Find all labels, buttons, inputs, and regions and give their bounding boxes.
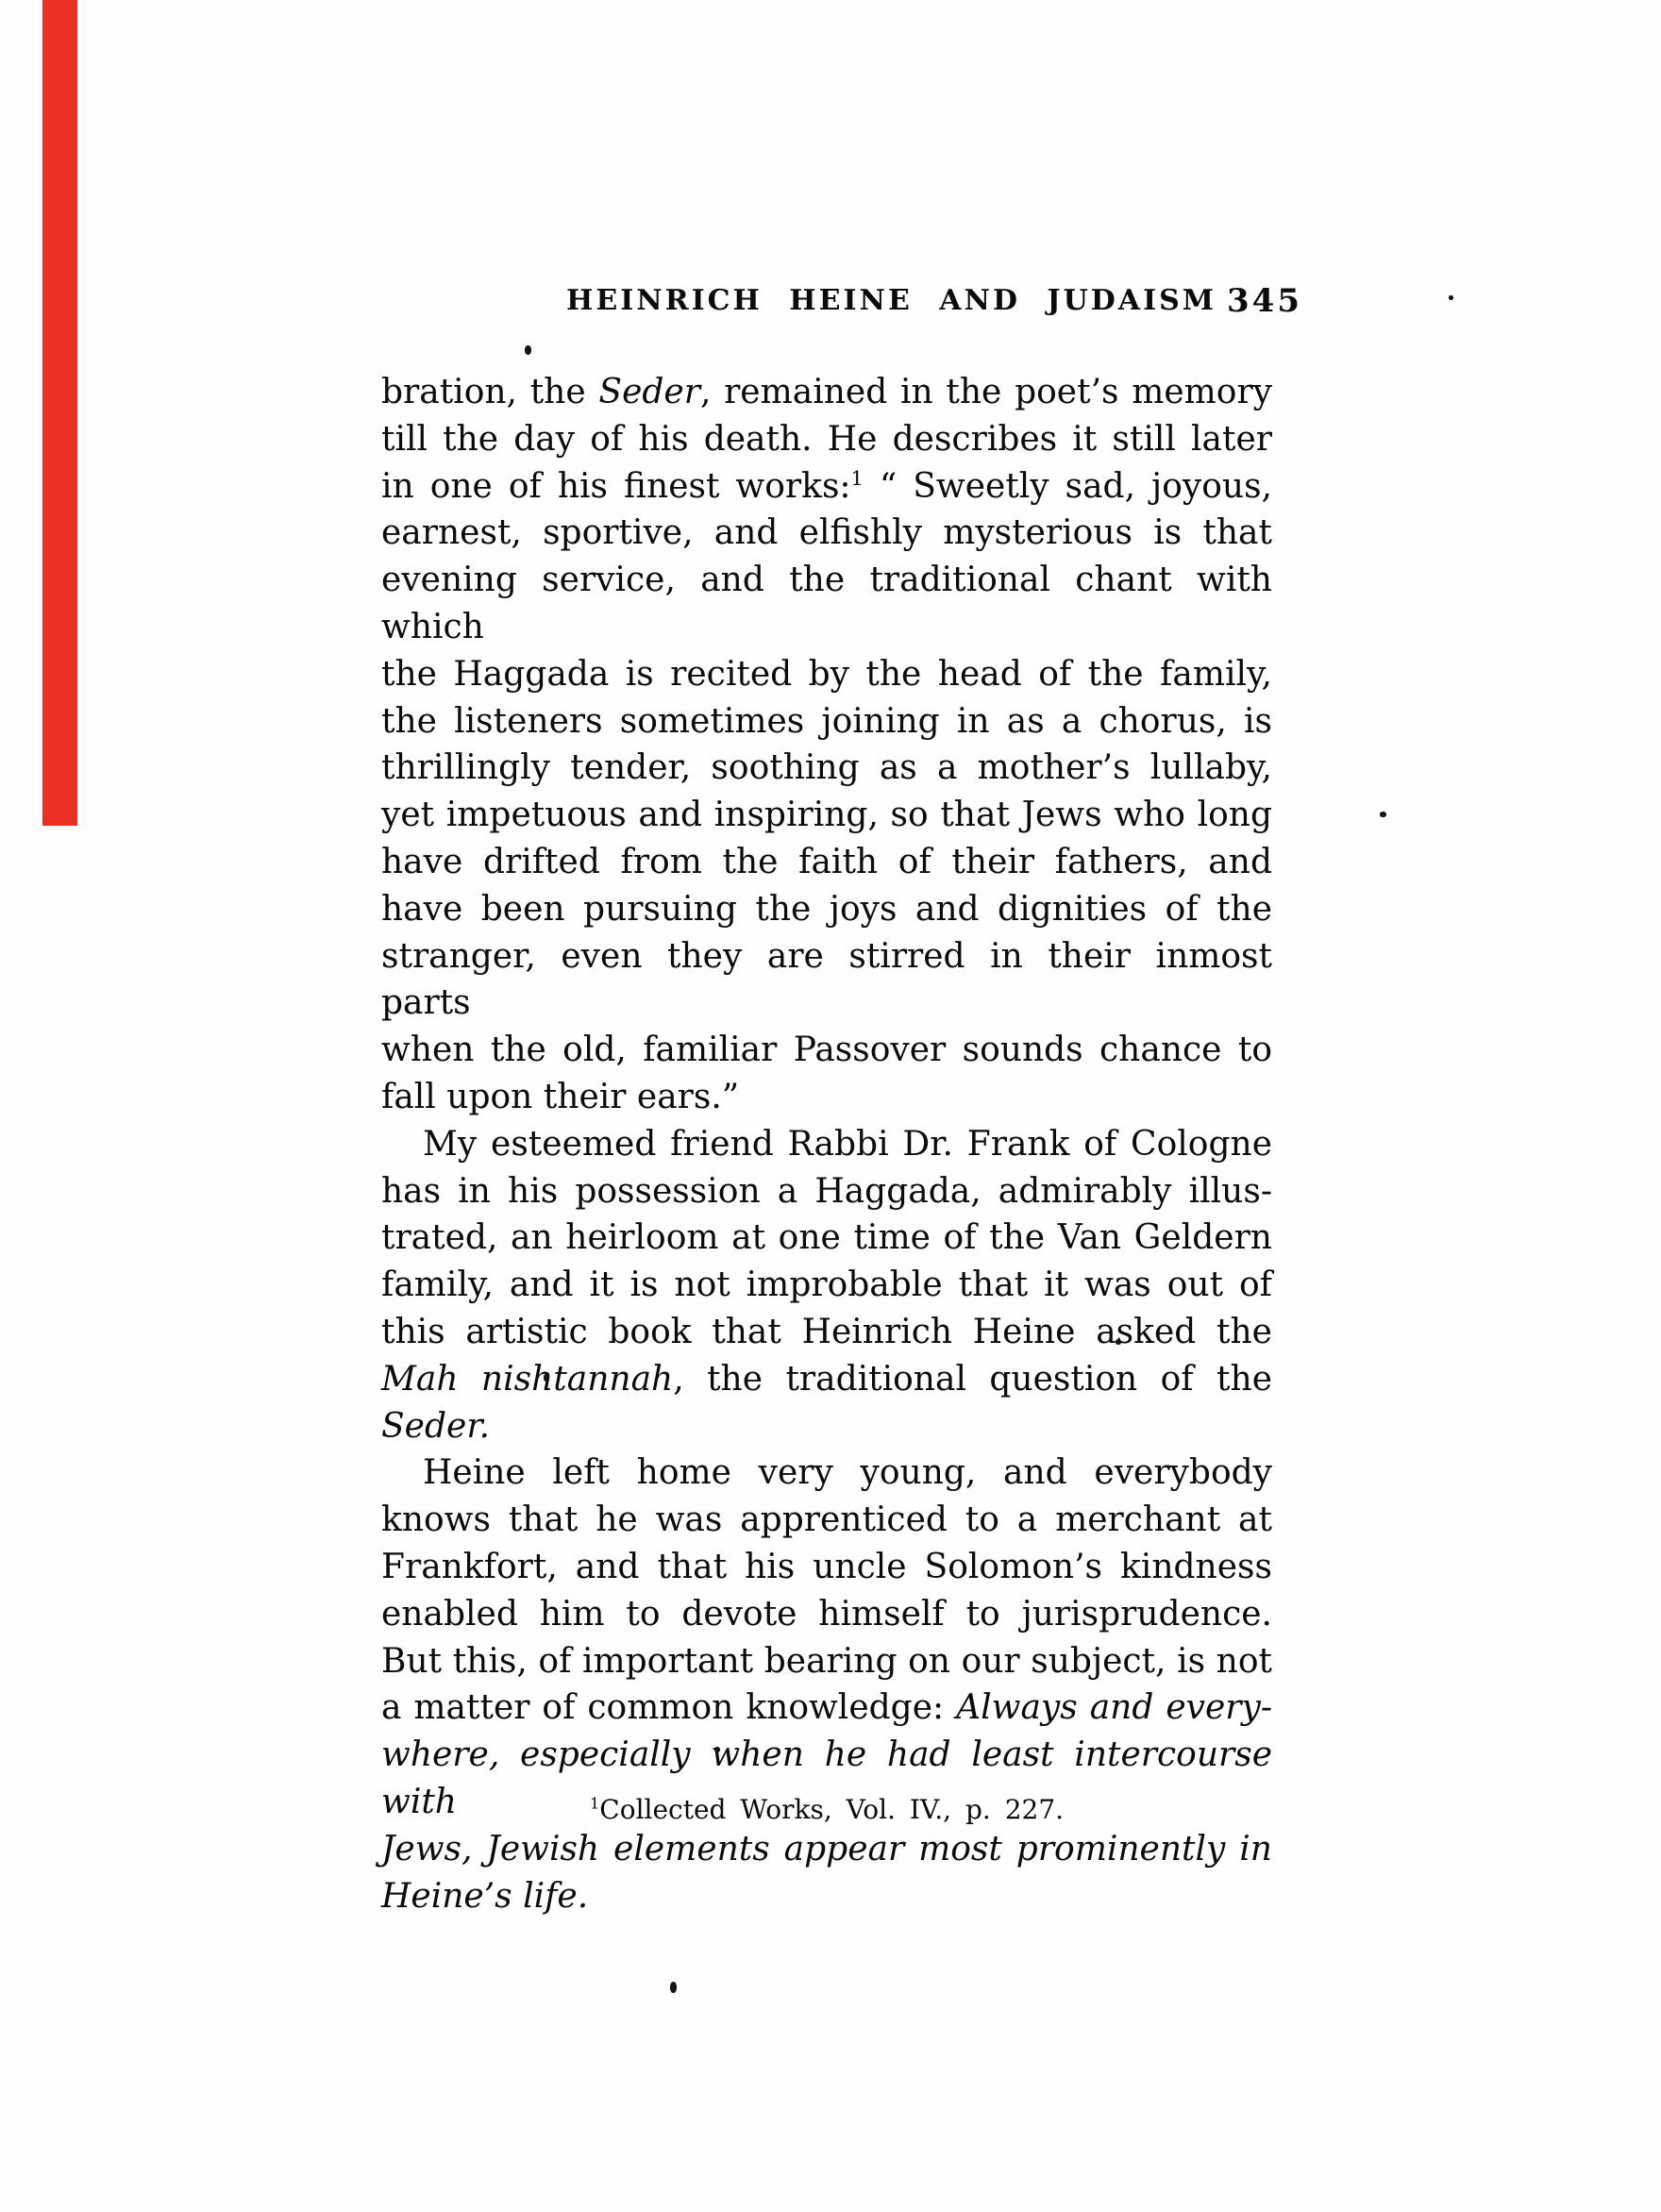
text-line: Heine’s life. (381, 1873, 1272, 1920)
text-line: My esteemed friend Rabbi Dr. Frank of Co… (381, 1121, 1272, 1168)
text-line: Seder. (381, 1403, 1272, 1450)
scan-speck (544, 1374, 548, 1382)
scan-speck (670, 1982, 677, 1993)
text-line: when the old, familiar Passover sounds c… (381, 1027, 1272, 1074)
text-line: stranger, even they are stirred in their… (381, 933, 1272, 1028)
footnote-marker: 1 (590, 1795, 599, 1813)
text-line: in one of his finest works:1 “ Sweetly s… (381, 463, 1272, 511)
text-line: Frankfort, and that his uncle Solomon’s … (381, 1544, 1272, 1591)
text-line: has in his possession a Haggada, admirab… (381, 1168, 1272, 1215)
book-page: HEINRICH HEINE AND JUDAISM 345 bration, … (0, 0, 1661, 2212)
running-header: HEINRICH HEINE AND JUDAISM 345 (381, 282, 1302, 324)
text-line: evening service, and the traditional cha… (381, 557, 1272, 651)
text-line: the Haggada is recited by the head of th… (381, 651, 1272, 698)
text-line: this artistic book that Heinrich Heine a… (381, 1309, 1272, 1356)
running-header-title: HEINRICH HEINE AND JUDAISM (566, 284, 1216, 317)
footnote: 1Collected Works, Vol. IV., p. 227. (381, 1794, 1272, 1825)
scan-speck (714, 1747, 720, 1752)
scan-speck (525, 345, 531, 355)
text-line: Jews, Jewish elements appear most promin… (381, 1826, 1272, 1873)
scan-speck (1116, 1339, 1121, 1345)
scan-speck (1380, 812, 1386, 817)
text-line: family, and it is not improbable that it… (381, 1262, 1272, 1309)
text-line: fall upon their ears.” (381, 1074, 1272, 1121)
text-line: Mah nishtannah, the traditional question… (381, 1356, 1272, 1403)
text-line: enabled him to devote himself to jurispr… (381, 1591, 1272, 1638)
text-line: have been pursuing the joys and dignitie… (381, 886, 1272, 933)
scan-speck (1449, 295, 1453, 300)
text-line: knows that he was apprenticed to a merch… (381, 1497, 1272, 1544)
text-line: thrillingly tender, soothing as a mother… (381, 745, 1272, 792)
text-line: bration, the Seder, remained in the poet… (381, 369, 1272, 416)
text-line: have drifted from the faith of their fat… (381, 839, 1272, 886)
footnote-text: Collected Works, Vol. IV., p. 227. (599, 1794, 1064, 1825)
book-edge-stripe (42, 0, 77, 826)
text-line: till the day of his death. He describes … (381, 416, 1272, 463)
text-line: the listeners sometimes joining in as a … (381, 698, 1272, 746)
text-line: yet impetuous and inspiring, so that Jew… (381, 792, 1272, 839)
page-body-text: bration, the Seder, remained in the poet… (381, 369, 1272, 1919)
page-number: 345 (1227, 282, 1302, 320)
text-line: trated, an heirloom at one time of the V… (381, 1215, 1272, 1262)
text-line: a matter of common knowledge: Always and… (381, 1684, 1272, 1732)
text-line: earnest, sportive, and elfishly mysterio… (381, 510, 1272, 557)
text-line: Heine left home very young, and everybod… (381, 1450, 1272, 1497)
text-line: But this, of important bearing on our su… (381, 1638, 1272, 1685)
